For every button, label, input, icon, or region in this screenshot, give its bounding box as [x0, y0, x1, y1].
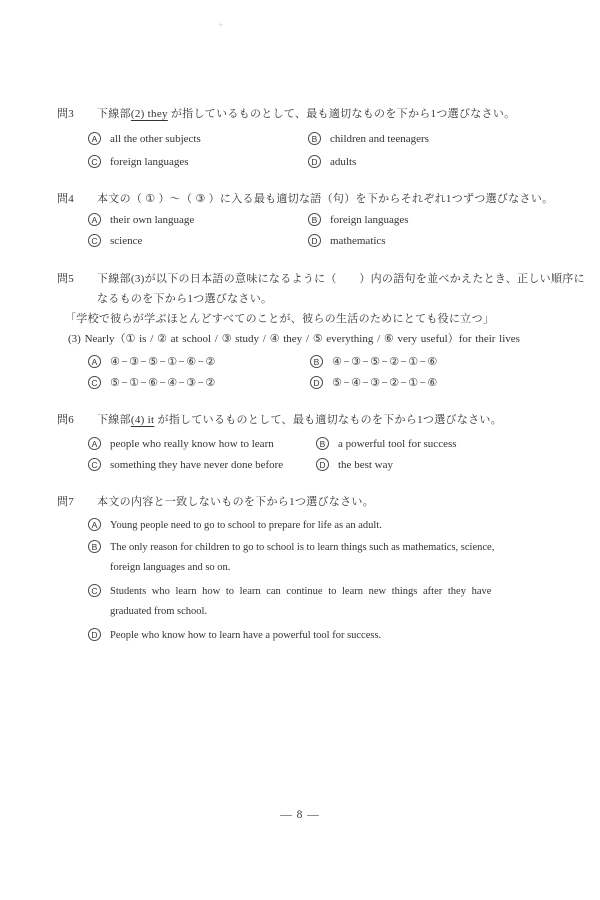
q3-option-c-text: foreign languages: [110, 156, 189, 168]
q5-japanese-quote: 「学校で彼らが学ぶほとんどすべてのことが、彼らの生活のためにとても役に立つ」: [65, 312, 494, 326]
option-letter-circle: A: [88, 518, 101, 531]
q5-prompt-line1: 下線部(3)が以下の日本語の意味になるように（ ）内の語句を並べかえたとき、正し…: [97, 272, 585, 286]
q7-option-a: AYoung people need to go to school to pr…: [88, 517, 382, 533]
q3-prompt-after: が指しているものとして、最も適切なものを下から1つ選びなさい。: [168, 108, 516, 120]
q3-option-a-text: all the other subjects: [110, 133, 201, 145]
option-letter-circle: C: [88, 155, 101, 168]
q6-prompt-after: が指しているものとして、最も適切なものを下から1つ選びなさい。: [154, 414, 502, 426]
q6-option-d-text: the best way: [338, 459, 393, 471]
option-letter-circle: A: [88, 437, 101, 450]
q6-option-a: Apeople who really know how to learn: [88, 436, 274, 451]
q4-prompt: 本文の（ ① ）～（ ③ ）に入る最も適切な語（句）を下からそれぞれ1つずつ選び…: [97, 192, 553, 206]
q6-label: 問6: [57, 413, 74, 427]
q5-label: 問5: [57, 272, 74, 286]
q3-prompt-before: 下線部: [97, 108, 131, 120]
q7-option-b: BThe only reason for children to go to s…: [88, 539, 494, 555]
q6-option-c-text: something they have never done before: [110, 459, 283, 471]
q4-option-b-text: foreign languages: [330, 214, 409, 226]
q7-label: 問7: [57, 495, 74, 509]
q7-option-c-line2: graduated from school.: [110, 605, 207, 619]
option-letter-circle: D: [88, 628, 101, 641]
q5-option-a-sequence: ④−③−⑤−①−⑥−②: [110, 356, 217, 368]
q7-option-c: CStudents who learn how to learn can con…: [88, 583, 491, 599]
q3-prompt: 下線部(2) they が指しているものとして、最も適切なものを下から1つ選びな…: [97, 107, 515, 121]
q5-option-d: D⑤−④−③−②−①−⑥: [310, 375, 439, 390]
option-letter-circle: B: [310, 355, 323, 368]
q6-option-a-text: people who really know how to learn: [110, 438, 274, 450]
q6-prompt-before: 下線部: [97, 414, 131, 426]
q4-option-c-text: science: [110, 235, 142, 247]
q3-option-b: Bchildren and teenagers: [308, 131, 429, 146]
scan-artifact: +: [218, 20, 223, 30]
q4-option-a-text: their own language: [110, 214, 194, 226]
q3-option-d: Dadults: [308, 154, 356, 169]
option-letter-circle: A: [88, 355, 101, 368]
option-letter-circle: C: [88, 584, 101, 597]
q5-rearrange-sentence: (3) Nearly（① is / ② at school / ③ study …: [68, 332, 520, 346]
q7-prompt: 本文の内容と一致しないものを下から1つ選びなさい。: [97, 495, 374, 509]
q3-option-a: Aall the other subjects: [88, 131, 201, 146]
q3-option-d-text: adults: [330, 156, 356, 168]
q6-option-b: Ba powerful tool for success: [316, 436, 457, 451]
q6-option-d: Dthe best way: [316, 457, 393, 472]
q6-prompt: 下線部(4) it が指しているものとして、最も適切なものを下から1つ選びなさい…: [97, 413, 502, 427]
q6-underlined-reference: (4) it: [131, 414, 155, 426]
exam-page: + 問3 下線部(2) they が指しているものとして、最も適切なものを下から…: [0, 0, 600, 900]
option-letter-circle: B: [308, 132, 321, 145]
q3-option-b-text: children and teenagers: [330, 133, 429, 145]
q7-option-a-text: Young people need to go to school to pre…: [110, 520, 382, 531]
option-letter-circle: B: [88, 540, 101, 553]
q5-option-b-sequence: ④−③−⑤−②−①−⑥: [332, 356, 439, 368]
q6-option-b-text: a powerful tool for success: [338, 438, 457, 450]
option-letter-circle: D: [310, 376, 323, 389]
q5-option-c-sequence: ⑤−①−⑥−④−③−②: [110, 377, 217, 389]
q4-option-b: Bforeign languages: [308, 212, 409, 227]
q5-option-c: C⑤−①−⑥−④−③−②: [88, 375, 217, 390]
q5-option-b: B④−③−⑤−②−①−⑥: [310, 354, 439, 369]
q7-option-d: DPeople who know how to learn have a pow…: [88, 627, 381, 643]
q3-underlined-reference: (2) they: [131, 108, 168, 120]
option-letter-circle: C: [88, 234, 101, 247]
option-letter-circle: B: [308, 213, 321, 226]
q7-option-b-line2: foreign languages and so on.: [110, 561, 230, 575]
option-letter-circle: C: [88, 458, 101, 471]
option-letter-circle: A: [88, 213, 101, 226]
option-letter-circle: A: [88, 132, 101, 145]
q6-option-c: Csomething they have never done before: [88, 457, 283, 472]
option-letter-circle: C: [88, 376, 101, 389]
option-letter-circle: D: [308, 234, 321, 247]
option-letter-circle: D: [316, 458, 329, 471]
q5-option-a: A④−③−⑤−①−⑥−②: [88, 354, 217, 369]
option-letter-circle: B: [316, 437, 329, 450]
q7-option-c-line1: Students who learn how to learn can cont…: [110, 586, 491, 597]
q5-prompt-line2: なるものを下から1つ選びなさい。: [97, 292, 272, 306]
q4-label: 問4: [57, 192, 74, 206]
q4-option-a: Atheir own language: [88, 212, 194, 227]
q3-option-c: Cforeign languages: [88, 154, 189, 169]
option-letter-circle: D: [308, 155, 321, 168]
q3-label: 問3: [57, 107, 74, 121]
page-number: — 8 —: [0, 809, 600, 821]
q7-option-d-text: People who know how to learn have a powe…: [110, 630, 381, 641]
q4-option-d-text: mathematics: [330, 235, 386, 247]
q4-option-d: Dmathematics: [308, 233, 386, 248]
q4-option-c: Cscience: [88, 233, 142, 248]
q7-option-b-line1: The only reason for children to go to sc…: [110, 542, 494, 553]
q5-option-d-sequence: ⑤−④−③−②−①−⑥: [332, 377, 439, 389]
